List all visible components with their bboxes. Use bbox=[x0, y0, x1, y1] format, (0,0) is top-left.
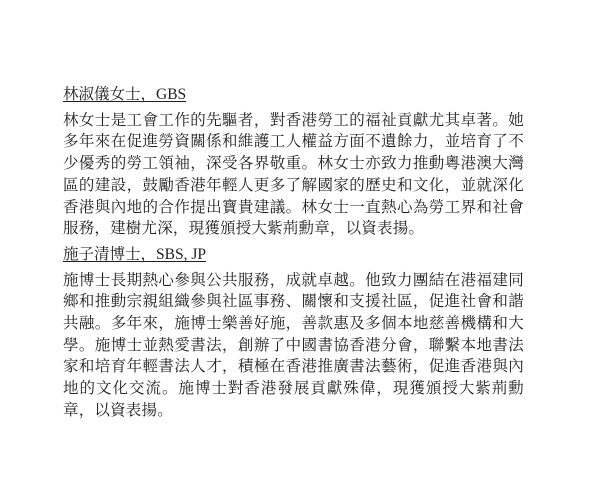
entry-heading: 林淑儀女士，GBS bbox=[63, 84, 524, 106]
award-entry-lam: 林淑儀女士，GBS 林女士是工會工作的先驅者，對香港勞工的福祉貢獻尤其卓著。她多… bbox=[63, 84, 524, 240]
entry-body: 施博士長期熱心參與公共服務，成就卓越。他致力團結在港福建同鄉和推動宗親組織參與社… bbox=[63, 270, 524, 422]
document-page: 林淑儀女士，GBS 林女士是工會工作的先驅者，對香港勞工的福祉貢獻尤其卓著。她多… bbox=[0, 0, 589, 504]
entry-body: 林女士是工會工作的先驅者，對香港勞工的福祉貢獻尤其卓著。她多年來在促進勞資關係和… bbox=[63, 110, 524, 240]
entry-heading-text: 施子清博士，SBS, JP bbox=[63, 246, 206, 263]
document-content: 林淑儀女士，GBS 林女士是工會工作的先驅者，對香港勞工的福祉貢獻尤其卓著。她多… bbox=[63, 84, 524, 422]
award-entry-sze: 施子清博士，SBS, JP 施博士長期熱心參與公共服務，成就卓越。他致力團結在港… bbox=[63, 244, 524, 422]
entry-heading-text: 林淑儀女士，GBS bbox=[63, 86, 186, 103]
entry-heading: 施子清博士，SBS, JP bbox=[63, 244, 524, 266]
